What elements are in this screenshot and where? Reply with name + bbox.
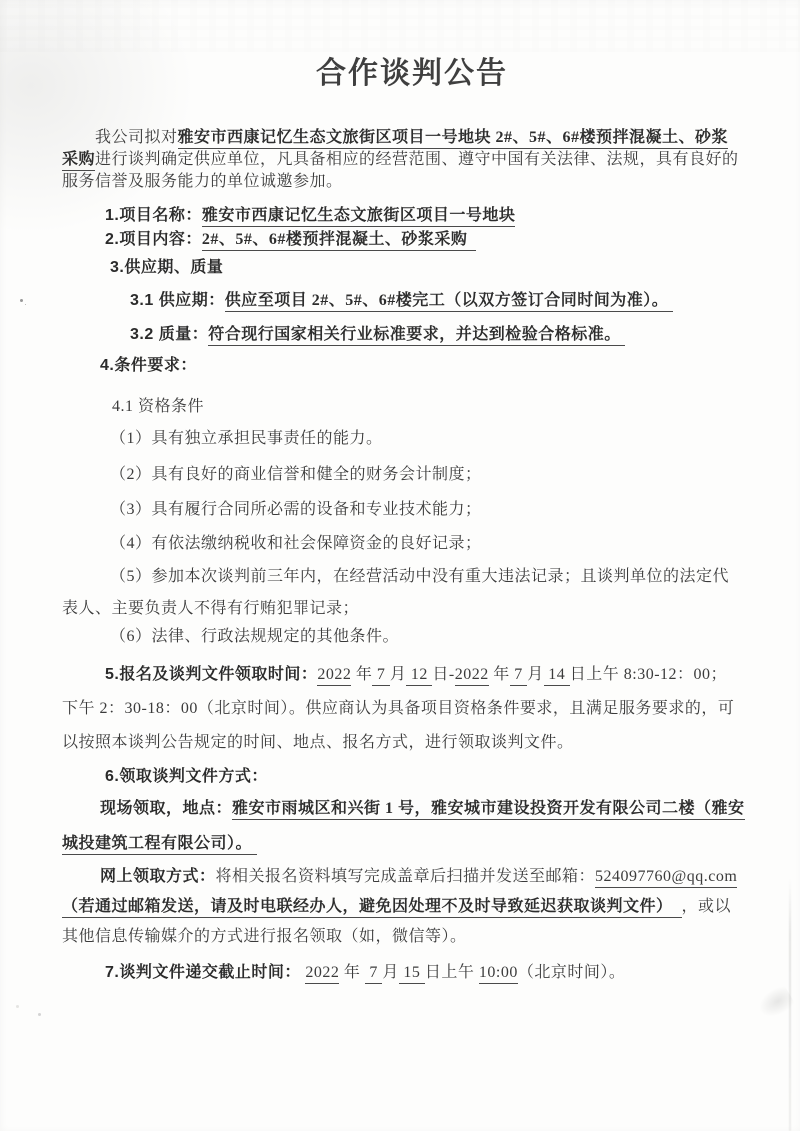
clause-1: （1）具有独立承担民事责任的能力。	[110, 427, 762, 450]
text-run: 3.2 质量：	[130, 326, 208, 343]
text-run: 7	[510, 666, 528, 686]
text-run: （5）参加本次谈判前三年内，在经营活动中没有重大违法记录；且谈判单位的法定代	[110, 568, 729, 585]
text-run: 6.领取谈判文件方式：	[105, 768, 268, 785]
item-7-submission-deadline: 7.谈判文件递交截止时间： 2022 年 7 月 15 日上午 10:00（北京…	[105, 961, 762, 985]
text-run: 7.谈判文件递交截止时间：	[105, 964, 301, 981]
text-run: ，或以	[682, 898, 732, 915]
text-run: 将相关报名资料填写完成盖章后扫描并发送至邮箱：	[216, 868, 596, 885]
clause-6: （6）法律、行政法规规定的其他条件。	[110, 625, 762, 648]
text-run: （1）具有独立承担民事责任的能力。	[110, 430, 383, 447]
text-run: （6）法律、行政法规规定的其他条件。	[110, 628, 399, 645]
item-4-requirements: 4.条件要求：	[100, 354, 762, 377]
document-page: 合作谈判公告 我公司拟对雅安市西康记忆生态文旅街区项目一号地块 2#、5#、6#…	[0, 0, 800, 1131]
text-run: 4.1 资格条件	[112, 398, 204, 415]
clause-4: （4）有依法缴纳税收和社会保障资金的良好记录；	[110, 532, 762, 555]
item-3-1-supply-period: 3.1 供应期：供应至项目 2#、5#、6#楼完工（以双方签订合同时间为准）。	[130, 289, 762, 312]
text-run: 年	[351, 666, 372, 683]
text-run: 服务信誉及服务能力的单位诚邀参加。	[62, 173, 343, 190]
text-run: 符合现行国家相关行业标准要求，并达到检验合格标准。	[208, 326, 625, 346]
text-run: 其他信息传输媒介的方式进行报名领取（如，微信等）。	[62, 928, 467, 945]
text-run: 14	[544, 666, 570, 686]
text-run: 12	[406, 666, 432, 686]
text-run: （北京时间）。	[518, 964, 626, 981]
onsite-pickup-paragraph: 现场领取，地点：雅安市雨城区和兴街 1 号，雅安城市建设投资开发有限公司二楼（雅…	[62, 791, 762, 861]
text-run: （4）有依法缴纳税收和社会保障资金的良好记录；	[110, 535, 482, 552]
text-run: 2022	[305, 964, 339, 984]
item-1-project-name: 1.项目名称：雅安市西康记忆生态文旅街区项目一号地块	[105, 204, 762, 227]
text-run: （3）具有履行合同所必需的设备和专业技术能力；	[110, 501, 482, 518]
text-run: 雅安市西康记忆生态文旅街区项目一号地块 2#、5#、6#楼预拌混凝土、砂浆	[178, 129, 729, 149]
intro-paragraph: 我公司拟对雅安市西康记忆生态文旅街区项目一号地块 2#、5#、6#楼预拌混凝土、…	[62, 127, 762, 193]
item-4-1-qualifications: 4.1 资格条件	[112, 395, 762, 418]
text-run: 进行谈判确定供应单位，凡具备相应的经营范围、遵守中国有关法律、法规，具有良好的	[95, 151, 739, 168]
scan-smudge	[754, 983, 796, 1023]
text-run: 月	[527, 666, 544, 683]
text-run: 月	[390, 666, 407, 683]
text-run: 下午 2：30-18：00（北京时间）。供应商认为具备项目资格条件要求，且满足服…	[62, 700, 734, 717]
scan-speck	[38, 1013, 41, 1016]
text-run: 10:00	[479, 964, 518, 984]
text-run: 2022	[317, 666, 351, 686]
text-run: 雅安市雨城区和兴街 1 号，雅安城市建设投资开发有限公司二楼（雅安	[232, 800, 745, 820]
text-run: 524097760@qq.com	[595, 868, 737, 888]
text-run: 月	[382, 964, 399, 981]
item-3-2-quality: 3.2 质量：符合现行国家相关行业标准要求，并达到检验合格标准。	[130, 323, 762, 346]
text-run: 日上午	[425, 964, 479, 981]
clause-3: （3）具有履行合同所必需的设备和专业技术能力；	[110, 498, 762, 521]
text-run: 7	[365, 964, 383, 984]
online-pickup-paragraph: 网上领取方式：将相关报名资料填写完成盖章后扫描并发送至邮箱：524097760@…	[62, 862, 762, 952]
text-run: 雅安市西康记忆生态文旅街区项目一号地块	[202, 207, 516, 227]
text-run: 供应至项目 2#、5#、6#楼完工（以双方签订合同时间为准）。	[225, 292, 673, 312]
document-title: 合作谈判公告	[12, 0, 800, 92]
text-run: 现场领取，地点：	[100, 800, 232, 817]
text-run: 日上午 8:30-12：00；	[570, 666, 727, 683]
text-run: 1.项目名称：	[105, 207, 202, 224]
text-run: 表人、主要负责人不得有行贿犯罪记录；	[62, 600, 359, 617]
text-run: 3.1 供应期：	[130, 292, 225, 309]
text-run: （若通过邮箱发送，请及时电联经办人，避免因处理不及时导致延迟获取谈判文件）	[62, 898, 682, 918]
clause-5: （5）参加本次谈判前三年内，在经营活动中没有重大违法记录；且谈判单位的法定代表人…	[62, 561, 762, 625]
text-run: 4.条件要求：	[100, 357, 197, 374]
text-run: 3.供应期、质量	[110, 259, 223, 276]
text-run: 以按照本谈判公告规定的时间、地点、报名方式，进行领取谈判文件。	[62, 734, 574, 751]
text-run: 7	[372, 666, 390, 686]
text-run: 日-	[432, 666, 454, 683]
item-6-obtain-method: 6.领取谈判文件方式：	[105, 765, 762, 788]
item-5-registration-time: 5.报名及谈判文件领取时间：2022 年 7 月 12 日-2022 年 7 月…	[62, 658, 762, 760]
text-run: 5.报名及谈判文件领取时间：	[105, 666, 317, 683]
text-run: 年	[339, 964, 365, 981]
text-run: 我公司拟对	[95, 129, 178, 146]
item-2-project-content: 2.项目内容：2#、5#、6#楼预拌混凝土、砂浆采购	[105, 228, 762, 251]
text-run: 2.项目内容：	[105, 231, 202, 248]
text-run: 2022	[455, 666, 489, 686]
text-run: 城投建筑工程有限公司）。	[62, 835, 257, 855]
text-run: 采购	[62, 151, 95, 171]
text-run: （2）具有良好的商业信誉和健全的财务会计制度；	[110, 466, 482, 483]
text-run: 年	[489, 666, 510, 683]
text-run: 15	[399, 964, 425, 984]
text-run: 2#、5#、6#楼预拌混凝土、砂浆采购	[202, 231, 477, 251]
item-3-supply-quality: 3.供应期、质量	[110, 256, 762, 279]
clause-2: （2）具有良好的商业信誉和健全的财务会计制度；	[110, 463, 762, 486]
document-body: 我公司拟对雅安市西康记忆生态文旅街区项目一号地块 2#、5#、6#楼预拌混凝土、…	[0, 127, 800, 985]
text-run: 网上领取方式：	[100, 868, 216, 885]
